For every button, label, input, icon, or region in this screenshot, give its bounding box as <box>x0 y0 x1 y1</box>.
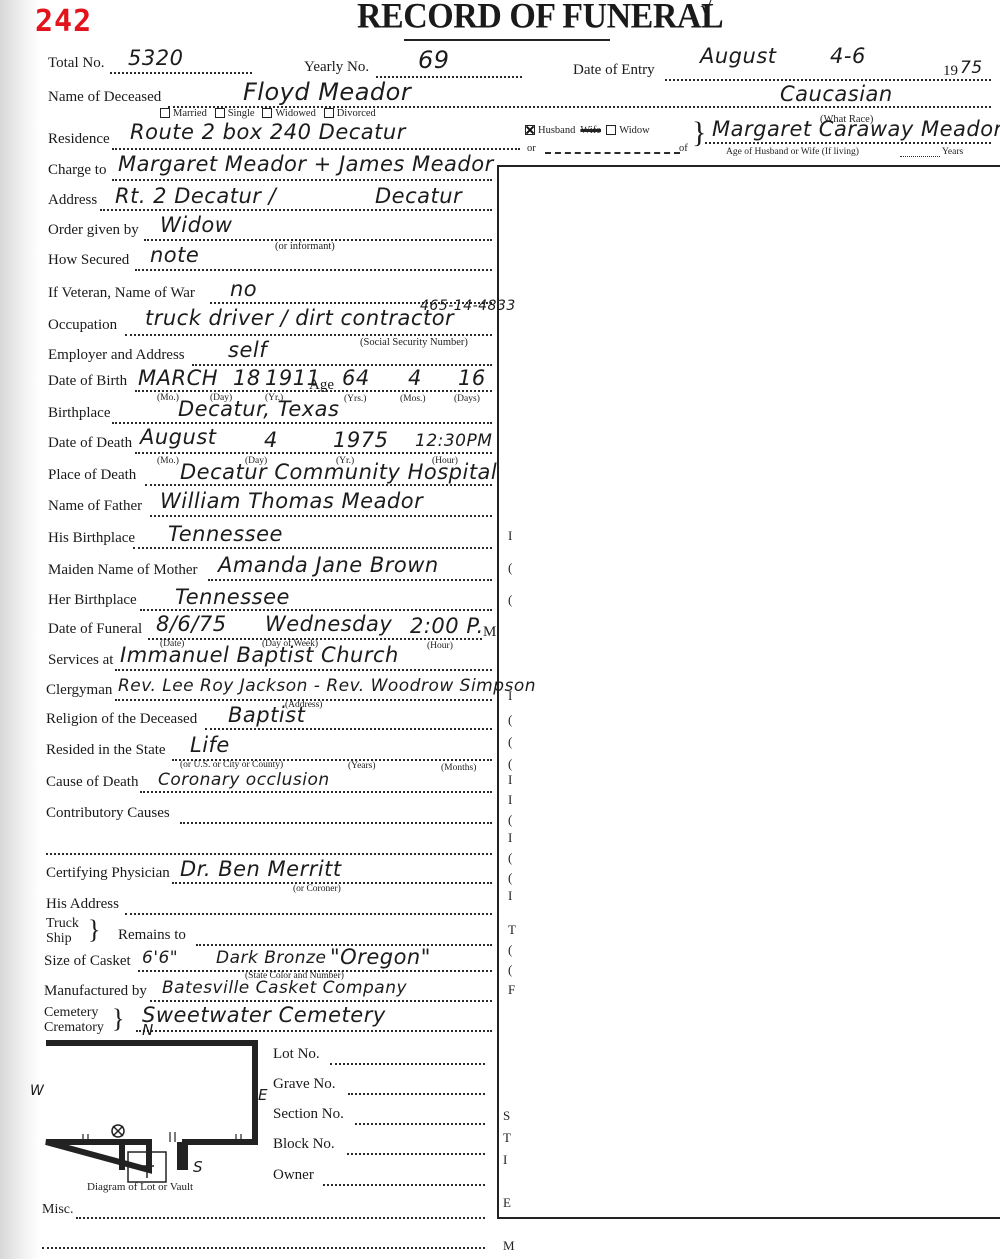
spouse-age-line <box>900 156 940 157</box>
mother-birthplace-label: Her Birthplace <box>48 592 137 609</box>
father-line <box>150 515 492 517</box>
cemetery-crematory-label: CemeteryCrematory <box>44 1005 104 1035</box>
age-days[interactable]: 16 <box>458 366 486 390</box>
manufacturer-value[interactable]: Batesville Casket Company <box>162 978 407 998</box>
order-given-by-value[interactable]: Widow <box>160 213 232 237</box>
occupation-line <box>125 334 492 336</box>
how-secured-value[interactable]: note <box>150 243 199 267</box>
casket-size[interactable]: 6'6" <box>142 948 178 968</box>
edge-letter: T <box>508 922 516 938</box>
checkbox-widowed[interactable]: Widowed <box>262 108 315 119</box>
services-at-value[interactable]: Immanuel Baptist Church <box>120 643 399 667</box>
deceased-name-label: Name of Deceased <box>48 89 161 106</box>
diagram-south: S <box>193 1158 203 1176</box>
edge-letter: I <box>508 772 512 788</box>
edge-letter: ( <box>508 850 512 866</box>
edge-letter: ( <box>508 712 512 728</box>
diagram-caption: Diagram of Lot or Vault <box>87 1181 193 1193</box>
resided-label: Resided in the State <box>46 742 166 759</box>
date-of-entry-label: Date of Entry <box>573 62 655 79</box>
section-no-line <box>355 1123 485 1125</box>
services-at-label: Services at <box>48 652 113 669</box>
checkbox-wife[interactable]: Wife <box>580 125 601 136</box>
or-line <box>545 152 680 154</box>
checkbox-husband[interactable]: Husband <box>525 125 575 136</box>
ssn-caption: (Social Security Number) <box>360 337 468 348</box>
employer-value[interactable]: self <box>228 338 267 362</box>
edge-letter: ( <box>508 870 512 886</box>
veteran-label: If Veteran, Name of War <box>48 285 195 302</box>
contributory-line-2 <box>46 853 492 855</box>
clergyman-label: Clergyman <box>46 682 112 699</box>
spouse-name-line <box>705 142 991 144</box>
diagram-east: E <box>258 1086 268 1104</box>
caption-mo: (Mo.) <box>157 456 179 466</box>
edge-letter: I <box>508 888 512 904</box>
clergyman-value[interactable]: Rev. Lee Roy Jackson - Rev. Woodrow Simp… <box>118 676 536 696</box>
lot-no-label: Lot No. <box>273 1046 320 1063</box>
of-label: of <box>679 143 688 154</box>
religion-line <box>205 728 492 730</box>
veteran-value[interactable]: no <box>230 277 257 301</box>
cemetery-value[interactable]: Sweetwater Cemetery <box>142 1003 386 1027</box>
title-underline <box>404 39 610 41</box>
grave-no-line <box>348 1093 485 1095</box>
brace: } <box>112 1006 124 1032</box>
edge-letter: ( <box>508 812 512 828</box>
casket-name[interactable]: "Oregon" <box>330 945 431 969</box>
charge-to-label: Charge to <box>48 162 106 179</box>
occupation-label: Occupation <box>48 317 117 334</box>
place-of-death-label: Place of Death <box>48 467 136 484</box>
edge-letter: M <box>503 1238 515 1254</box>
caption-mo: (Mo.) <box>157 393 179 403</box>
funeral-date-value[interactable]: 8/6/75 <box>156 612 227 636</box>
physician-address-line <box>125 913 492 915</box>
date-of-entry-day[interactable]: 4-6 <box>830 44 866 68</box>
misc-line <box>76 1217 485 1219</box>
funeral-m-suffix: M <box>483 624 496 641</box>
edge-letter: I <box>508 830 512 846</box>
truck-ship-label: TruckShip <box>46 916 79 946</box>
brace: } <box>88 917 100 943</box>
religion-value[interactable]: Baptist <box>228 703 305 727</box>
residence-value[interactable]: Route 2 box 240 Decatur <box>130 120 406 144</box>
record-number: 242 <box>35 4 92 39</box>
spouse-age-caption: Age of Husband or Wife (If living) <box>726 147 859 157</box>
employer-label: Employer and Address <box>48 347 185 364</box>
dod-label: Date of Death <box>48 435 132 452</box>
birthplace-line <box>112 422 492 424</box>
order-given-by-label: Order given by <box>48 222 139 239</box>
address-line <box>100 209 492 211</box>
physician-value[interactable]: Dr. Ben Merritt <box>180 857 342 881</box>
contributory-line <box>180 822 492 824</box>
right-edge-letters: I(( <box>508 520 512 616</box>
diagram-west: W <box>30 1083 44 1099</box>
cause-of-death-value[interactable]: Coronary occlusion <box>158 770 330 790</box>
yearly-no-value[interactable]: 69 <box>418 46 450 74</box>
caption-yrs: (Yrs.) <box>344 394 366 404</box>
funeral-hour[interactable]: 2:00 P. <box>410 614 484 638</box>
caption-days: (Days) <box>454 394 480 404</box>
age-label: Age <box>309 377 334 394</box>
address-label: Address <box>48 192 97 209</box>
resided-value[interactable]: Life <box>190 733 230 757</box>
remains-to-label: Remains to <box>118 927 186 944</box>
casket-label: Size of Casket <box>44 953 131 970</box>
address-value-2[interactable]: Decatur <box>375 184 462 208</box>
cause-of-death-label: Cause of Death <box>46 774 138 791</box>
father-value[interactable]: William Thomas Meador <box>160 489 423 513</box>
how-secured-line <box>135 269 492 271</box>
spouse-relation-group: Husband Wife Widow <box>525 125 650 136</box>
total-no-label: Total No. <box>48 55 104 72</box>
religion-label: Religion of the Deceased <box>46 711 197 728</box>
contributory-label: Contributory Causes <box>46 805 170 822</box>
owner-label: Owner <box>273 1167 314 1184</box>
residence-line <box>112 148 520 150</box>
checkbox-divorced[interactable]: Divorced <box>324 108 376 119</box>
manufacturer-line <box>150 1000 492 1002</box>
physician-label: Certifying Physician <box>46 865 170 882</box>
section-no-label: Section No. <box>273 1106 344 1123</box>
how-secured-label: How Secured <box>48 252 129 269</box>
deceased-name-value[interactable]: Floyd Meador <box>243 78 411 106</box>
place-of-death-line <box>145 484 492 486</box>
yearly-no-label: Yearly No. <box>304 59 369 76</box>
age-years[interactable]: 64 <box>342 366 370 390</box>
edge-letter: E <box>503 1195 511 1211</box>
lot-diagram <box>28 1034 268 1194</box>
page-title: RECORD OF FUNERAL <box>357 0 723 37</box>
father-label: Name of Father <box>48 498 142 515</box>
edge-letter: ( <box>508 734 512 750</box>
mother-birthplace-line <box>140 609 492 611</box>
cemetery-line <box>136 1030 492 1032</box>
edge-letter: I <box>508 792 512 808</box>
residence-label: Residence <box>48 131 110 148</box>
block-no-label: Block No. <box>273 1136 335 1153</box>
total-no-value[interactable]: 5320 <box>128 46 183 70</box>
lot-no-line <box>330 1063 485 1065</box>
misc-line-2 <box>42 1247 485 1249</box>
dod-day[interactable]: 4 <box>264 428 278 452</box>
birthplace-value[interactable]: Decatur, Texas <box>178 397 340 421</box>
charge-to-line <box>112 179 492 181</box>
diagram-north: N <box>142 1021 154 1039</box>
block-no-line <box>347 1153 485 1155</box>
dod-month[interactable]: August <box>140 425 217 449</box>
caption-mos: (Mos.) <box>400 394 426 404</box>
dob-day[interactable]: 18 <box>233 366 261 390</box>
dod-hour[interactable]: 12:30PM <box>415 431 492 451</box>
charge-to-value[interactable]: Margaret Meador + James Meador <box>118 152 494 176</box>
place-of-death-value[interactable]: Decatur Community Hospital <box>180 460 497 484</box>
dob-month[interactable]: MARCH <box>138 366 218 390</box>
years-label: Years <box>942 147 963 157</box>
birthplace-label: Birthplace <box>48 405 110 422</box>
date-of-entry-year-prefix: 19 <box>943 63 958 80</box>
funeral-day-of-week[interactable]: Wednesday <box>265 612 392 636</box>
grave-no-label: Grave No. <box>273 1076 335 1093</box>
age-months[interactable]: 4 <box>408 366 422 390</box>
caption-years: (Years) <box>348 761 376 771</box>
edge-letter: ( <box>508 942 512 958</box>
physician-address-label: His Address <box>46 896 119 913</box>
checkbox-married[interactable]: Married <box>160 108 207 119</box>
edge-letter: T <box>503 1130 511 1146</box>
edge-letter: F <box>508 982 515 998</box>
check-mark-icon: √ <box>700 0 713 20</box>
dob-label: Date of Birth <box>48 373 127 390</box>
casket-color[interactable]: Dark Bronze <box>216 948 326 968</box>
dod-line <box>135 452 492 454</box>
edge-letter: ( <box>508 962 512 978</box>
father-birthplace-line <box>133 547 492 549</box>
father-birthplace-label: His Birthplace <box>48 530 135 547</box>
coroner-caption: (or Coroner) <box>293 884 341 894</box>
manufacturer-label: Manufactured by <box>44 983 147 1000</box>
mother-birthplace-value[interactable]: Tennessee <box>175 585 290 609</box>
funeral-date-label: Date of Funeral <box>48 621 142 638</box>
dod-year[interactable]: 1975 <box>333 428 388 452</box>
ssn-value[interactable]: 465-14-4833 <box>420 298 516 314</box>
informant-caption: (or informant) <box>275 241 335 252</box>
total-no-line <box>110 72 252 74</box>
owner-line <box>323 1184 485 1186</box>
office-use-panel <box>497 165 1000 1219</box>
or-label: or <box>527 143 536 154</box>
mother-value[interactable]: Amanda Jane Brown <box>218 553 439 577</box>
caption-hour: (Hour) <box>427 641 453 651</box>
mother-line <box>208 579 492 581</box>
date-of-entry-year[interactable]: 75 <box>960 58 983 78</box>
caption-where: (or U.S. or City or County) <box>180 760 283 770</box>
spouse-name-value[interactable]: Margaret Caraway Meador <box>712 117 1000 141</box>
edge-letter: I <box>503 1152 507 1168</box>
date-of-entry-month[interactable]: August <box>700 44 777 68</box>
edge-letter: S <box>503 1108 510 1124</box>
misc-label: Misc. <box>42 1202 74 1218</box>
checkbox-widow[interactable]: Widow <box>606 125 650 136</box>
checkbox-single[interactable]: Single <box>215 108 255 119</box>
marital-status-group: Married Single Widowed Divorced <box>160 108 376 119</box>
edge-letter: ( <box>508 756 512 772</box>
cause-of-death-line <box>140 791 492 793</box>
services-at-line <box>115 669 492 671</box>
address-value[interactable]: Rt. 2 Decatur / <box>115 184 276 208</box>
mother-label: Maiden Name of Mother <box>48 562 198 579</box>
father-birthplace-value[interactable]: Tennessee <box>168 522 283 546</box>
race-value[interactable]: Caucasian <box>780 82 893 106</box>
caption-months: (Months) <box>441 763 476 773</box>
occupation-value[interactable]: truck driver / dirt contractor <box>145 306 454 330</box>
